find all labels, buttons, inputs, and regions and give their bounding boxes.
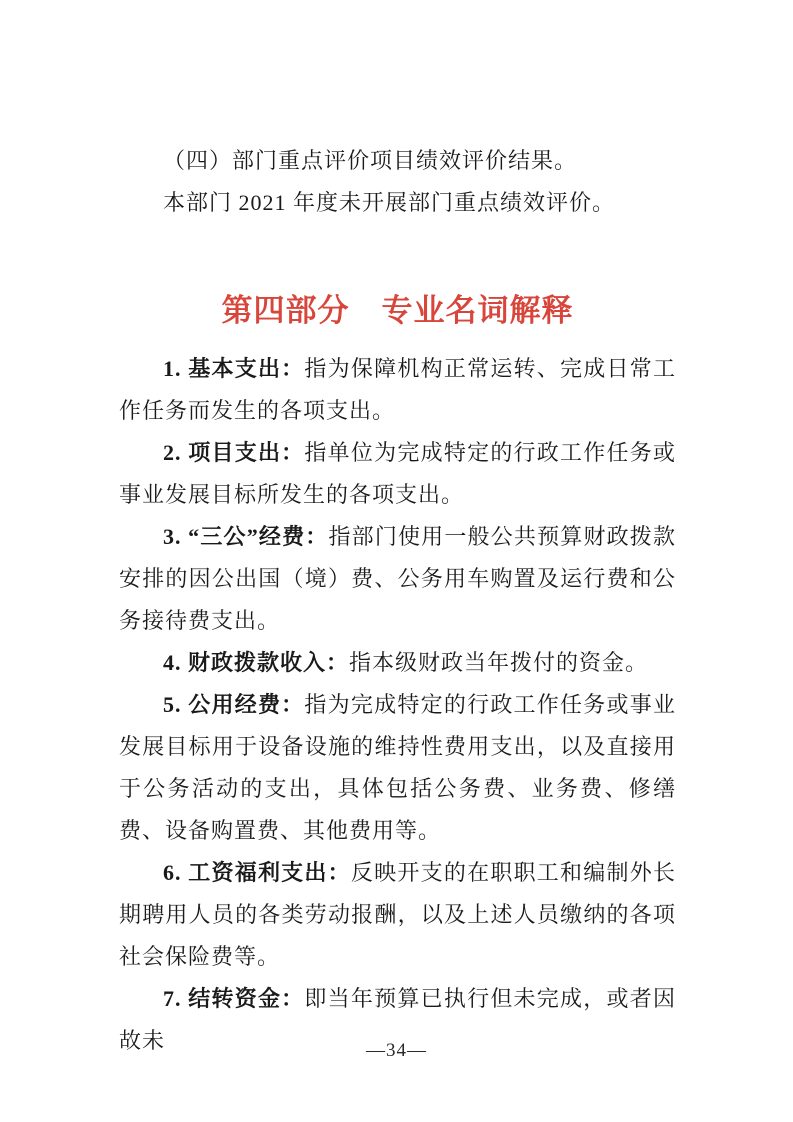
term-label-7: 7. 结转资金： (163, 986, 304, 1011)
term-label-5: 5. 公用经费： (163, 692, 304, 717)
page-content: （四）部门重点评价项目绩效评价结果。 本部门 2021 年度未开展部门重点绩效评… (119, 140, 676, 1062)
term-definition-4: 指本级财政当年拨付的资金。 (349, 650, 648, 675)
term-paragraph-5: 5. 公用经费：指为完成特定的行政工作任务或事业发展目标用于设备设施的维持性费用… (119, 684, 676, 852)
term-paragraph-3: 3. “三公”经费：指部门使用一般公共预算财政拨款安排的因公出国（境）费、公务用… (119, 516, 676, 642)
intro-paragraph-1: （四）部门重点评价项目绩效评价结果。 (119, 140, 676, 182)
term-paragraph-1: 1. 基本支出：指为保障机构正常运转、完成日常工作任务而发生的各项支出。 (119, 348, 676, 432)
term-label-3: 3. “三公”经费： (163, 524, 328, 549)
section-heading: 第四部分 专业名词解释 (119, 288, 676, 334)
term-label-6: 6. 工资福利支出： (163, 860, 351, 885)
intro-paragraph-2: 本部门 2021 年度未开展部门重点绩效评价。 (119, 182, 676, 224)
page-number: —34— (0, 1040, 793, 1062)
document-page: （四）部门重点评价项目绩效评价结果。 本部门 2021 年度未开展部门重点绩效评… (0, 0, 793, 1122)
term-label-2: 2. 项目支出： (163, 440, 304, 465)
term-label-4: 4. 财政拨款收入： (163, 650, 349, 675)
term-label-1: 1. 基本支出： (163, 356, 304, 381)
term-paragraph-2: 2. 项目支出：指单位为完成特定的行政工作任务或事业发展目标所发生的各项支出。 (119, 432, 676, 516)
term-paragraph-4: 4. 财政拨款收入：指本级财政当年拨付的资金。 (119, 642, 676, 684)
term-paragraph-6: 6. 工资福利支出：反映开支的在职职工和编制外长期聘用人员的各类劳动报酬，以及上… (119, 852, 676, 978)
